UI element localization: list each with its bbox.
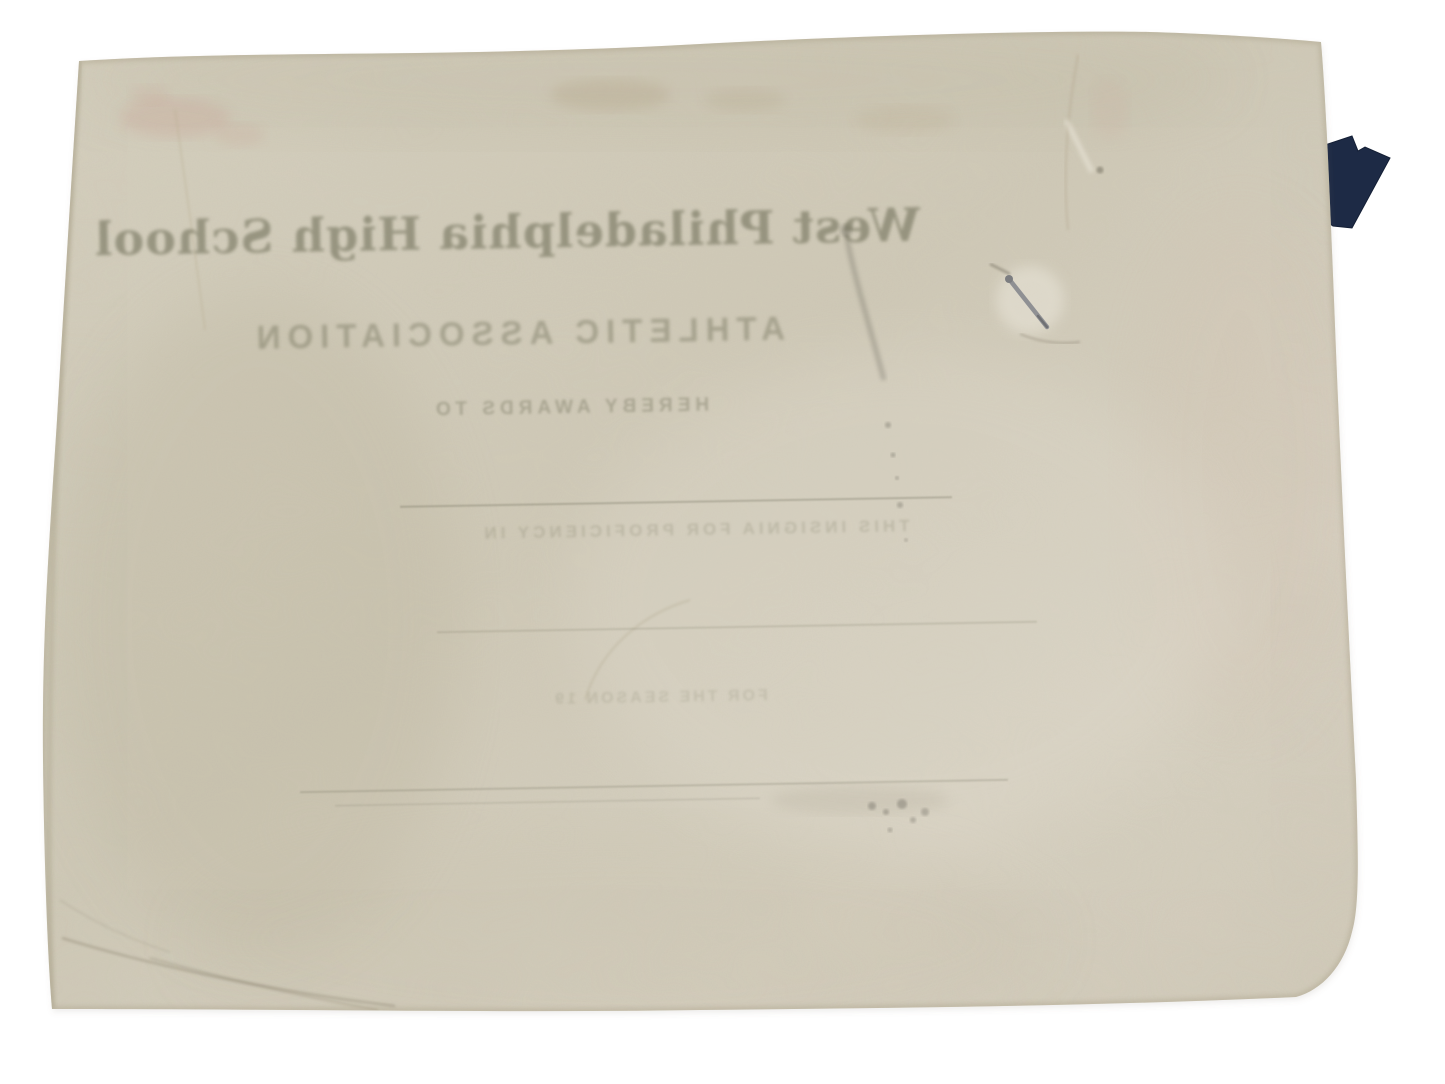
photo-of-certificate-back: West Philadelphia High School ATHLETIC A… xyxy=(0,0,1445,1084)
certificate-back-illustration xyxy=(0,0,1445,1084)
paper-texture xyxy=(0,0,1445,1084)
pin-head xyxy=(1005,275,1013,283)
